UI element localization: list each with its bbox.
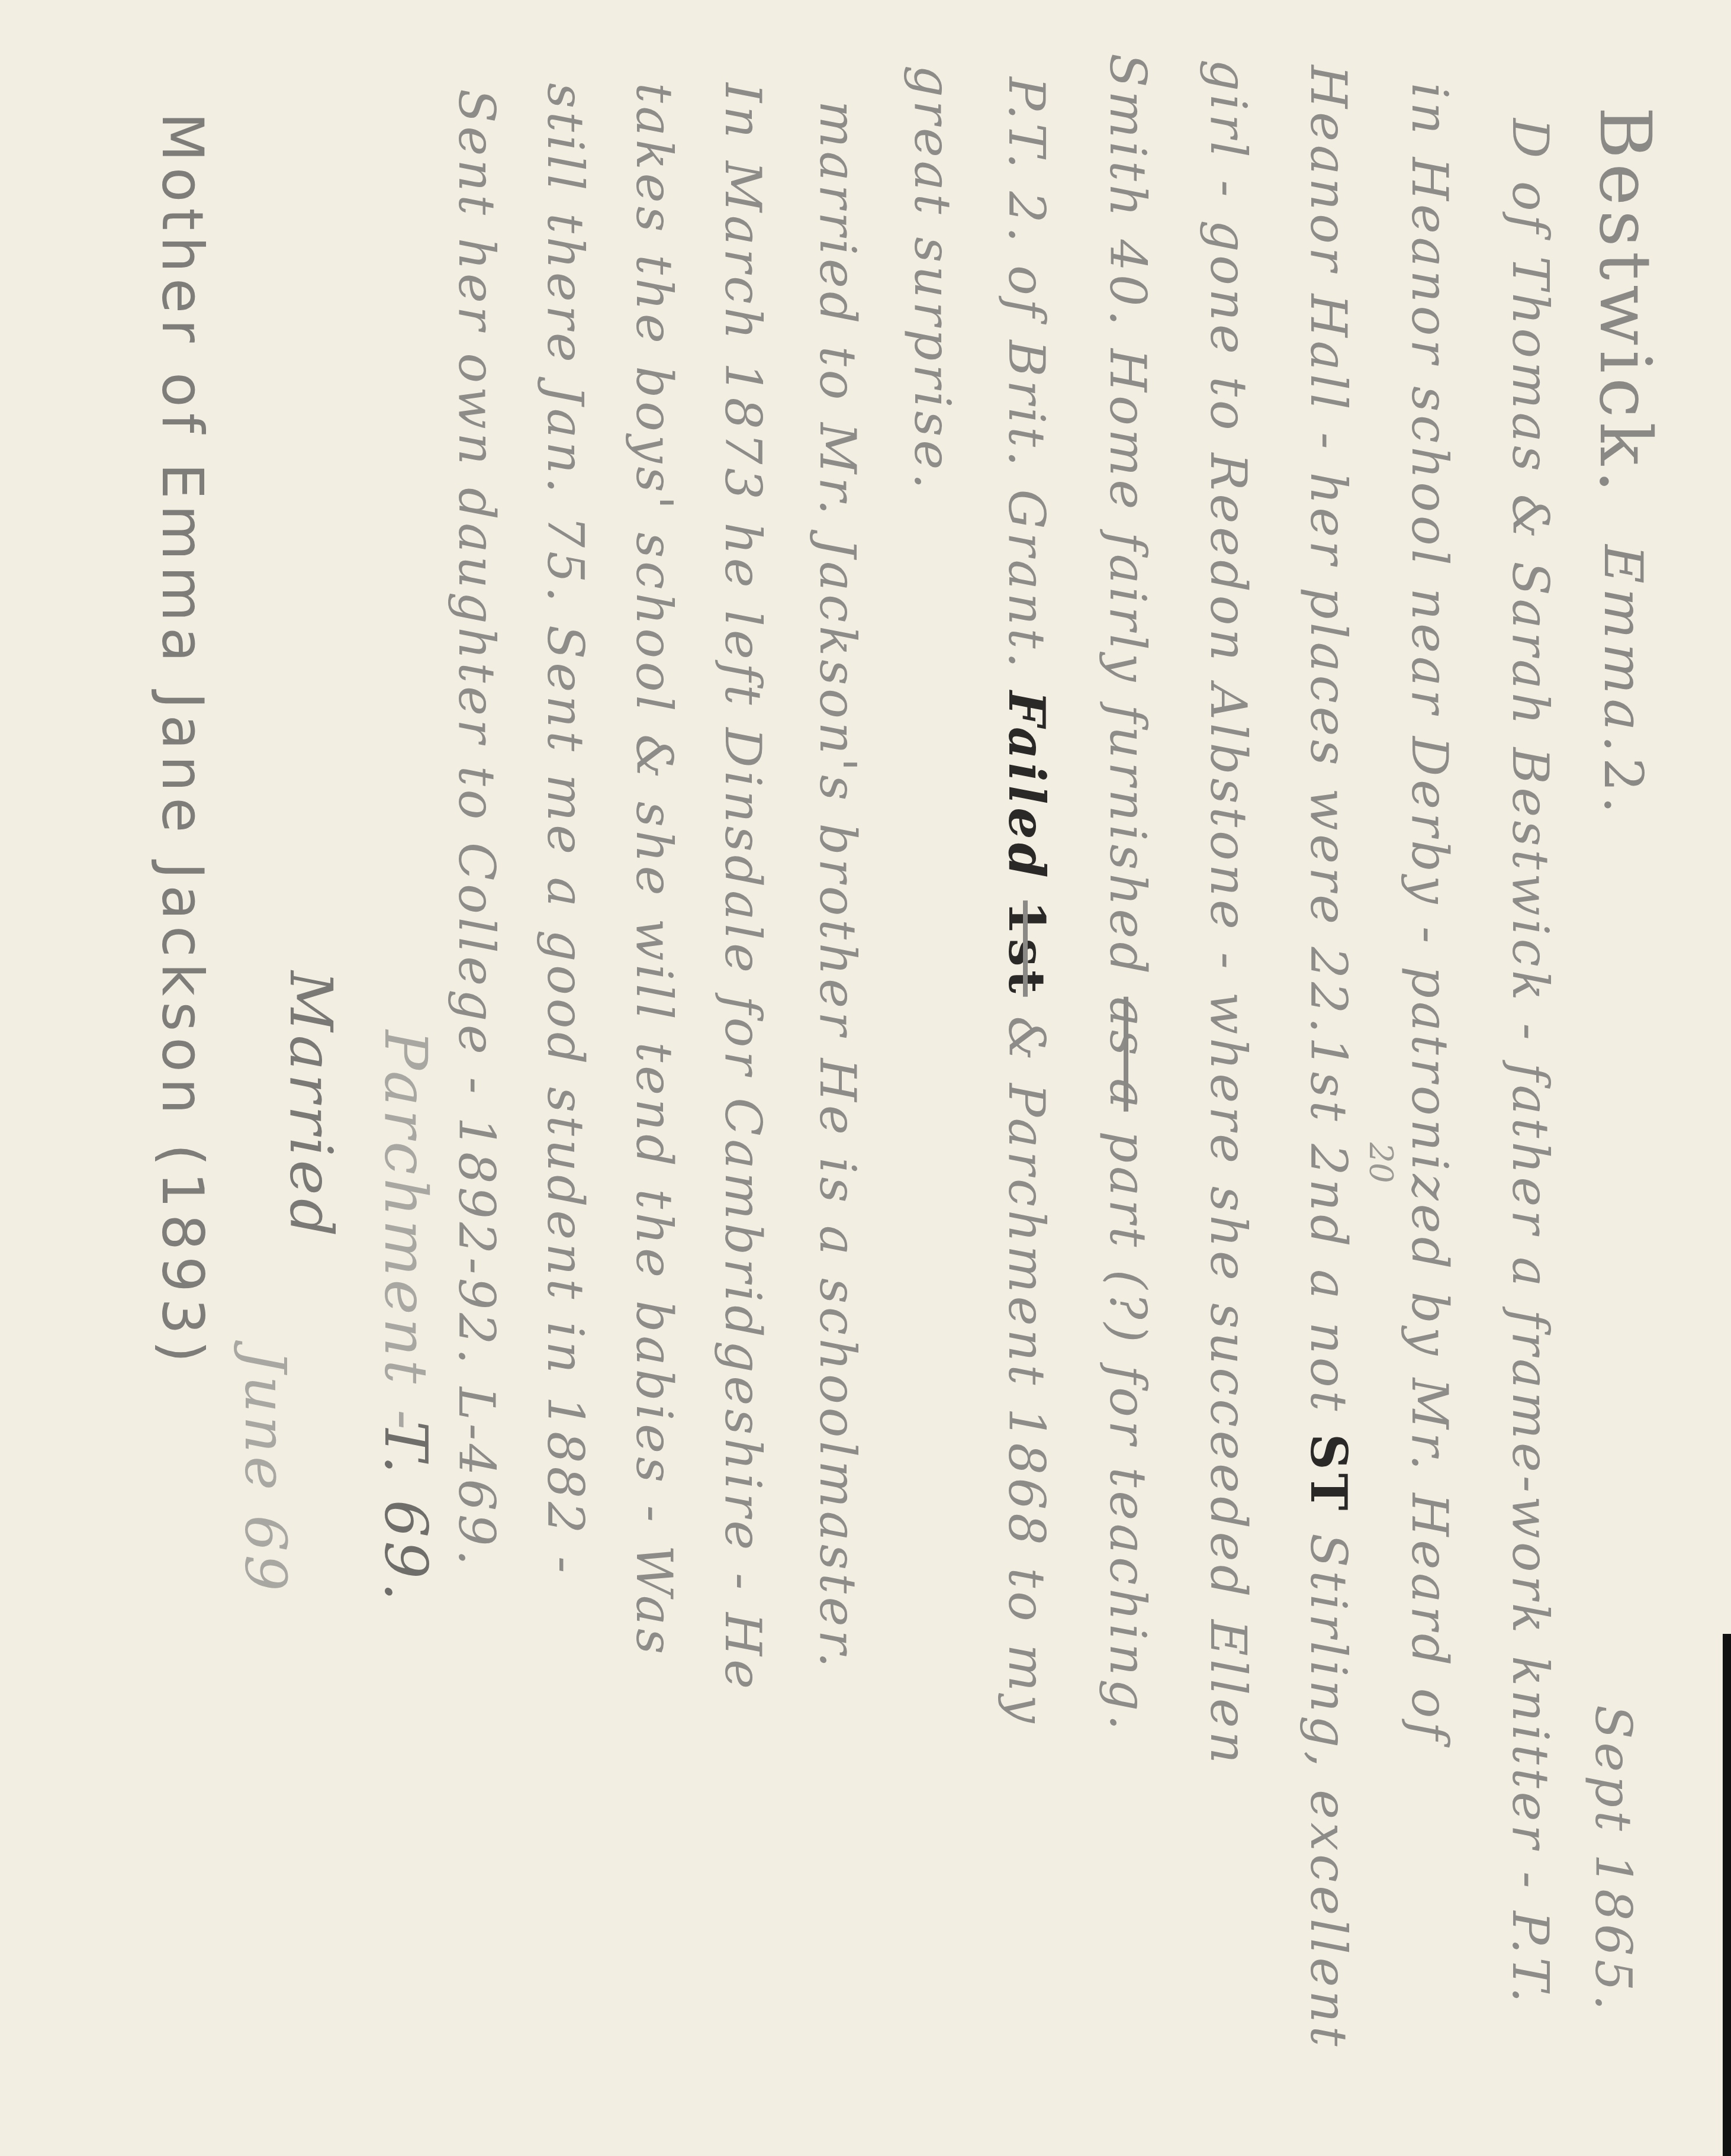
parchment-value: T. 69.	[371, 1421, 440, 1605]
correction-mark: ST	[1299, 1434, 1358, 1514]
entry-line-9: In March 1873 he left Dinsdale for Cambr…	[714, 83, 772, 1692]
entry-line-5: Smith 40. Home fairly furnished as a par…	[1099, 53, 1157, 1734]
document-page: Bestwick. Emma. 2. Sept 1865. D of Thoma…	[0, 0, 1731, 2156]
entry-line-3: Heanor Hall - her places were 22.1st 2nd…	[1299, 65, 1358, 2049]
rotated-content: Bestwick. Emma. 2. Sept 1865. D of Thoma…	[0, 0, 1731, 2156]
failed-text: Failed	[998, 691, 1056, 881]
entry-line-8: married to Mr. Jackson's brother He is a…	[809, 101, 867, 1671]
parchment-label: Parchment -	[371, 1030, 440, 1433]
heading-forename: Emma.	[1592, 545, 1654, 757]
struck-text: 1st	[998, 900, 1056, 997]
entry-line-10: takes the boys' school & she will tend t…	[625, 83, 683, 1658]
entry-line-5-end: part (?) for teaching.	[1099, 1131, 1157, 1733]
entry-line-4: girl - gone to Reedon Albstone - where s…	[1199, 59, 1257, 1767]
entry-line-12: Sent her own daughter to College - 1892-…	[448, 89, 506, 1569]
entry-line-5-start: Smith 40. Home fairly furnished	[1099, 53, 1157, 977]
struck-text: as a	[1099, 997, 1157, 1112]
entry-line-11: still there Jan. 75. Sent me a good stud…	[536, 83, 594, 1576]
footer-note: Mother of Emma Jane Jackson (1893)	[149, 112, 215, 1369]
heading-number: 2.	[1592, 758, 1654, 818]
entry-line-7: great surprise.	[903, 65, 961, 493]
entry-line-6-end: & Parchment 1868 to my	[998, 1016, 1056, 1726]
entry-line-3-end: Stirling, excellent	[1299, 1533, 1357, 2049]
entry-line-3-start: Heanor Hall - her places were 22.1st 2nd…	[1299, 65, 1357, 1414]
married-value: June 69	[232, 1350, 298, 1595]
entry-date: Sept 1865.	[1584, 1705, 1642, 2014]
married-label: Married	[276, 971, 346, 1240]
entry-line-6: P.T. 2. of Brit. Grant. Failed 1st & Par…	[998, 77, 1056, 1727]
heading-surname: Bestwick.	[1584, 107, 1666, 497]
entry-line-6-start: P.T. 2. of Brit. Grant.	[998, 77, 1056, 671]
entry-line-2: in Heanor school near Derby - patronized…	[1401, 83, 1459, 1744]
entry-line-1: D of Thomas & Sarah Bestwick - father a …	[1501, 118, 1559, 2006]
superscript-note: 20	[1362, 1143, 1399, 1183]
